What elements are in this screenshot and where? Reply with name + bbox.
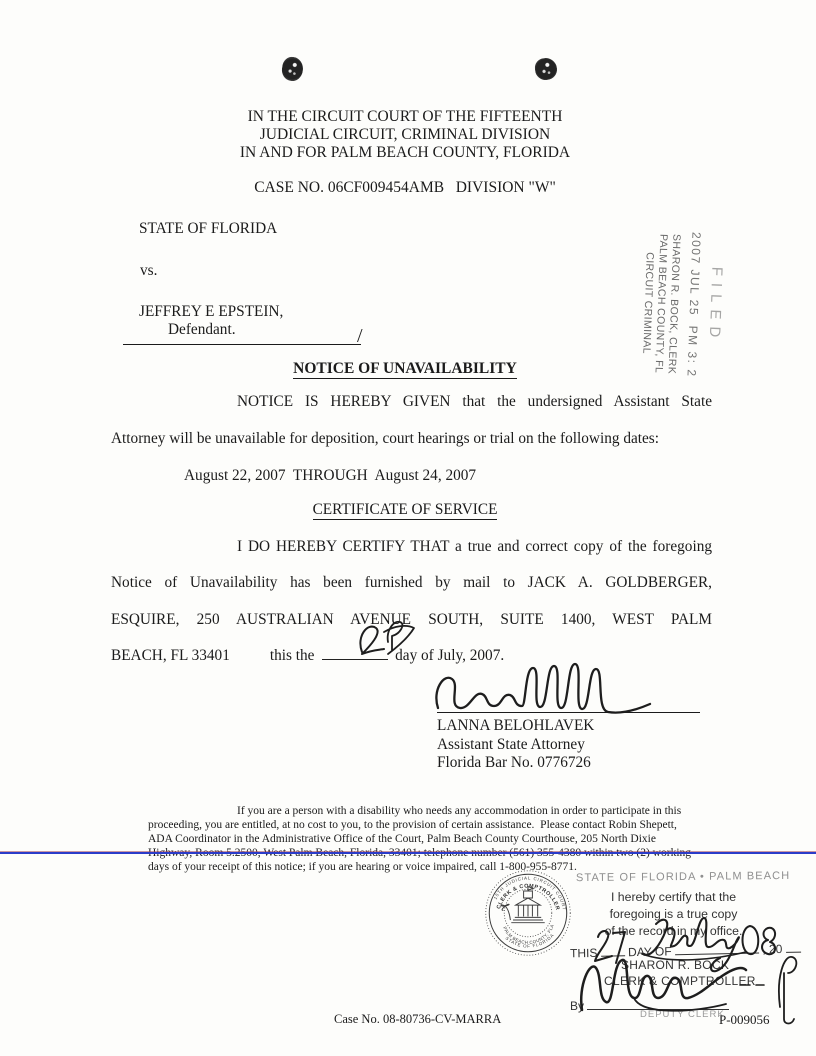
ada-notice-line-3: ADA Coordinator in the Administrative Of… (148, 833, 656, 845)
footer-doc-number: P-009056 (719, 1012, 770, 1028)
court-header-line-3: IN AND FOR PALM BEACH COUNTY, FLORIDA (0, 144, 810, 162)
deputy-signature-mark (574, 944, 752, 1022)
defendant-label: Defendant. (168, 320, 236, 339)
court-header-line-2: JUDICIAL CIRCUIT, CRIMINAL DIVISION (0, 126, 810, 144)
court-header-line-1: IN THE CIRCUIT COURT OF THE FIFTEENTH (0, 108, 810, 126)
versus-label: vs. (140, 261, 157, 280)
handwritten-day-mark (348, 616, 418, 662)
unavailability-dates: August 22, 2007 THROUGH August 24, 2007 (184, 466, 476, 485)
notice-body-line-2: Attorney will be unavailable for deposit… (111, 429, 659, 448)
certificate-title: CERTIFICATE OF SERVICE (0, 501, 810, 519)
scan-artifact-line (0, 851, 816, 854)
party-separator-slash: / (357, 325, 363, 348)
attorney-title: Assistant State Attorney (437, 735, 585, 754)
certificate-title-text: CERTIFICATE OF SERVICE (313, 501, 498, 520)
defendant-name: JEFFREY E EPSTEIN, (139, 302, 283, 321)
case-number-line: CASE NO. 06CF009454AMB DIVISION "W" (0, 179, 810, 197)
certificate-body-line-1: I DO HEREBY CERTIFY THAT a true and corr… (111, 537, 712, 556)
staple-mark-right-icon (534, 57, 558, 81)
staple-mark-left-icon (280, 56, 304, 83)
certificate-city-text: BEACH, FL 33401 (111, 647, 230, 664)
attorney-signature-mark (428, 660, 658, 718)
ada-notice-line-1: If you are a person with a disability wh… (237, 805, 681, 817)
notice-title: NOTICE OF UNAVAILABILITY (0, 360, 810, 378)
clerk-seal: 15TH JUDICIAL CIRCUIT COURT STATE OF FLO… (484, 869, 572, 957)
notice-title-text: NOTICE OF UNAVAILABILITY (293, 360, 517, 379)
scanned-court-document: IN THE CIRCUIT COURT OF THE FIFTEENTH JU… (0, 0, 816, 1056)
notice-body-line-1: NOTICE IS HEREBY GIVEN that the undersig… (111, 392, 712, 411)
footer-case-number: Case No. 08-80736-CV-MARRA (334, 1012, 501, 1027)
certificate-body-line-2: Notice of Unavailability has been furnis… (111, 573, 712, 592)
clerk-stamp-header: STATE OF FLORIDA • PALM BEACH (576, 870, 790, 884)
signature-line (437, 712, 700, 713)
certify-line-1: I hereby certify that the (586, 889, 761, 906)
attorney-bar-number: Florida Bar No. 0776726 (437, 753, 591, 772)
ada-notice-line-2: proceeding, you are entitled, at no cost… (148, 819, 677, 831)
plaintiff-name: STATE OF FLORIDA (139, 219, 277, 238)
certificate-this-the-text: this the (270, 647, 315, 664)
party-separator-line (123, 344, 361, 345)
attorney-name: LANNA BELOHLAVEK (437, 716, 594, 735)
